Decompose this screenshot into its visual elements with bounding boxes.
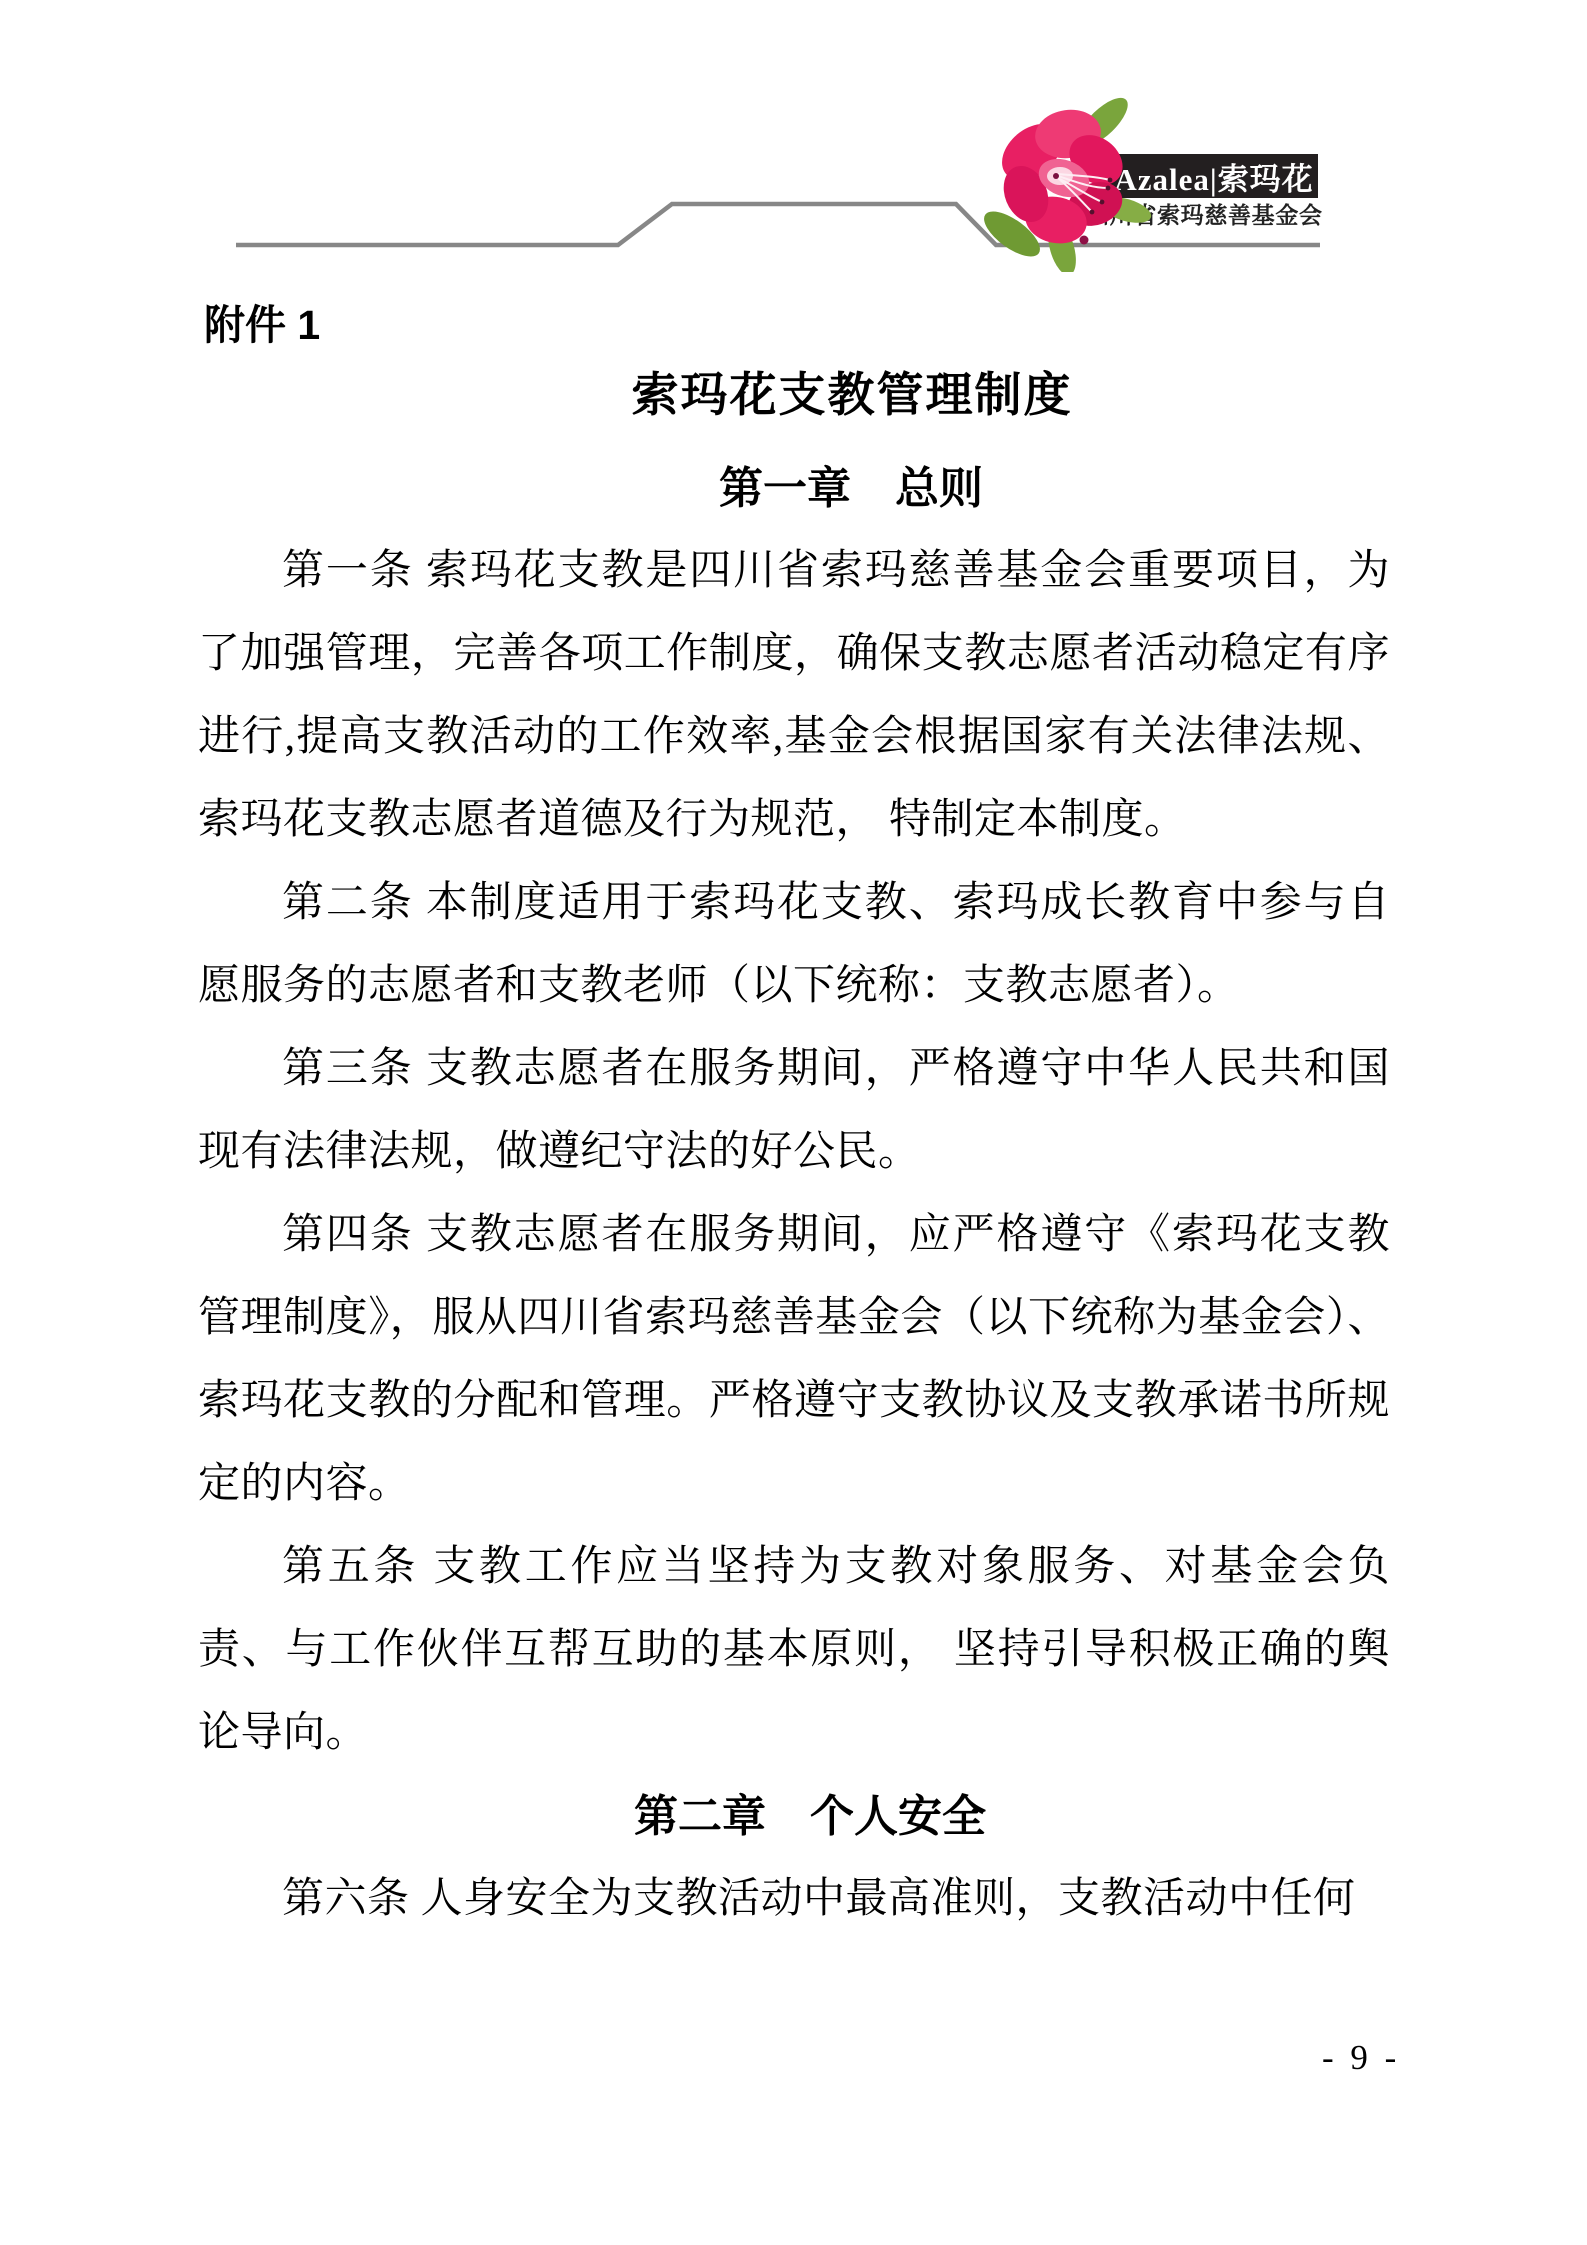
body-paragraph: 第三条 支教志愿者在服务期间，严格遵守中华人民共和国现有法律法规，做遵纪守法的好… bbox=[198, 1028, 1390, 1194]
header-rule bbox=[0, 0, 1587, 300]
chapter-heading: 第二章 个人安全 bbox=[198, 1775, 1390, 1858]
body-paragraph: 第六条 人身安全为支教活动中最高准则，支教活动中任何 bbox=[198, 1858, 1390, 1941]
page-number: - 9 - bbox=[1322, 2038, 1400, 2078]
chapter-heading: 第一章 总则 bbox=[198, 447, 1390, 530]
document-title: 索玛花支教管理制度 bbox=[200, 358, 1390, 425]
body-paragraph: 第二条 本制度适用于索玛花支教、索玛成长教育中参与自愿服务的志愿者和支教老师（以… bbox=[198, 862, 1390, 1028]
body-paragraph: 第四条 支教志愿者在服务期间，应严格遵守《索玛花支教管理制度》，服从四川省索玛慈… bbox=[198, 1194, 1390, 1526]
body-paragraph: 第五条 支教工作应当坚持为支教对象服务、对基金会负责、与工作伙伴互帮互助的基本原… bbox=[198, 1526, 1390, 1775]
body-paragraph: 第一条 索玛花支教是四川省索玛慈善基金会重要项目，为了加强管理，完善各项工作制度… bbox=[198, 530, 1390, 862]
document-body: 第一章 总则第一条 索玛花支教是四川省索玛慈善基金会重要项目，为了加强管理，完善… bbox=[198, 447, 1390, 1941]
azalea-flower-icon bbox=[980, 72, 1155, 272]
attachment-label: 附件 1 bbox=[204, 292, 320, 351]
document-page: Azalea|索玛花 四川省索玛慈善基金会 bbox=[0, 0, 1587, 2245]
